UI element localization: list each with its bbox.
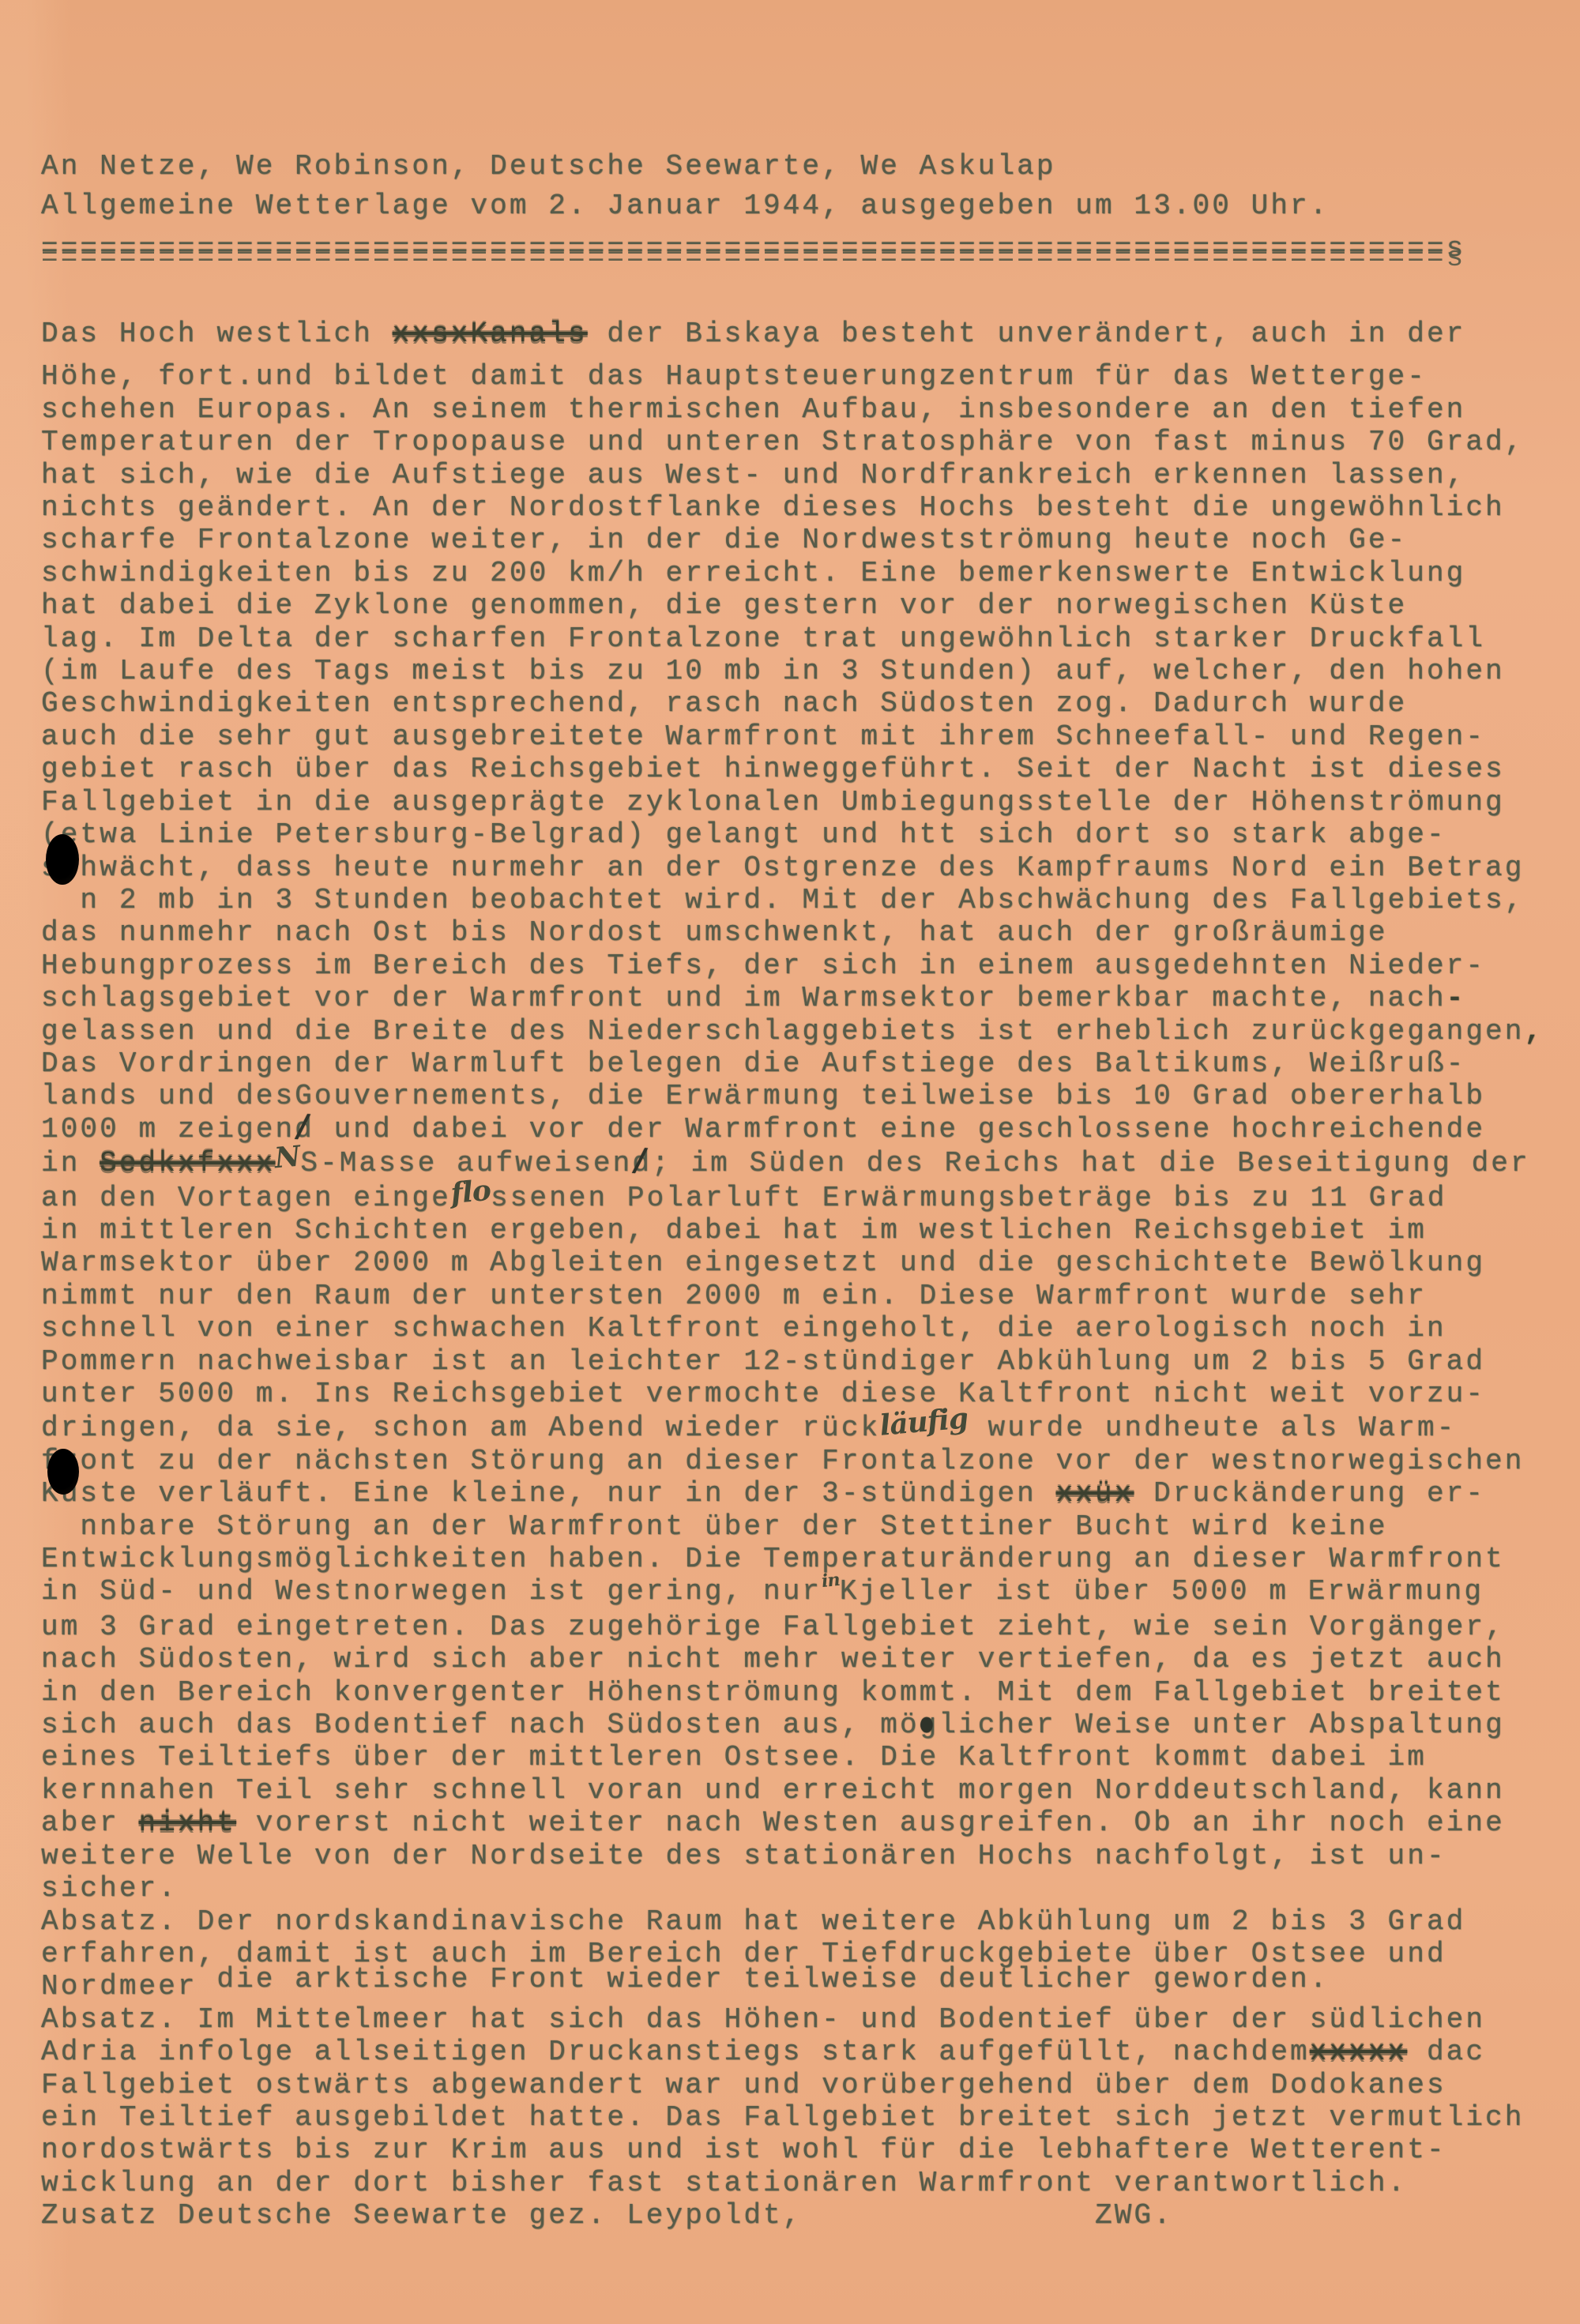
text-line: Geschwindigkeiten entsprechend, rasch na… — [41, 687, 1564, 720]
separator-line: ========================================… — [41, 229, 1564, 278]
text-line: Absatz. Im Mittelmeer hat sich das Höhen… — [41, 2003, 1564, 2036]
text-line: um 3 Grad eingetreten. Das zugehörige Fa… — [41, 1611, 1564, 1643]
text-line: unter 5000 m. Ins Reichsgebiet vermochte… — [41, 1378, 1564, 1410]
text-line: aber nixht vorerst nicht weiter nach Wes… — [41, 1807, 1564, 1839]
text-line: Absatz. Der nordskandinavische Raum hat … — [41, 1905, 1564, 1938]
text-line: schwächt, dass heute nurmehr an der Ostg… — [41, 852, 1564, 884]
text-line: Pommern nachweisbar ist an leichter 12-s… — [41, 1345, 1564, 1378]
text-line: Adria infolge allseitigen Druckanstiegs … — [41, 2036, 1564, 2068]
text-line: Das Hoch westlich xxsxKanals der Biskaya… — [41, 318, 1564, 350]
text-line: schnell von einer schwachen Kaltfront ei… — [41, 1312, 1564, 1344]
text-line: schwindigkeiten bis zu 200 km/h erreicht… — [41, 557, 1564, 589]
text-line: Fallgebiet ostwärts abgewandert war und … — [41, 2069, 1564, 2101]
text-line: in den Bereich konvergenter Höhenströmun… — [41, 1676, 1564, 1709]
punch-hole-top — [46, 834, 79, 885]
text-line: lands und desGouvernements, die Erwärmun… — [41, 1080, 1564, 1112]
recipients-line: An Netze, We Robinson, Deutsche Seewarte… — [41, 147, 1564, 186]
text-line: schlagsgebiet vor der Warmfront und im W… — [41, 982, 1564, 1014]
text-line: 1000 m zeigend/ und dabei vor der Warmfr… — [41, 1113, 1564, 1145]
text-line: gebiet rasch über das Reichsgebiet hinwe… — [41, 753, 1564, 785]
text-line: schehen Europas. An seinem thermischen A… — [41, 393, 1564, 426]
text-line: Zusatz Deutsche Seewarte gez. Leypoldt, … — [41, 2199, 1564, 2232]
text-line: weitere Welle von der Nordseite des stat… — [41, 1840, 1564, 1872]
text-line: wicklung an der dort bisher fast station… — [41, 2167, 1564, 2199]
text-line: an den Vortagen eingeflossenen Polarluft… — [41, 1180, 1564, 1214]
text-line: front zu der nächsten Störung an dieser … — [41, 1445, 1564, 1477]
text-line: (etwa Linie Petersburg-Belgrad) gelangt … — [41, 818, 1564, 851]
text-line: sich auch das Bodentief nach Südosten au… — [41, 1709, 1564, 1741]
text-line: nach Südosten, wird sich aber nicht mehr… — [41, 1643, 1564, 1675]
text-line: in mittleren Schichten ergeben, dabei ha… — [41, 1214, 1564, 1247]
text-line: dringen, da sie, schon am Abend wieder r… — [41, 1410, 1564, 1444]
text-line: Nordmeer die arktische Front wieder teil… — [41, 1970, 1564, 2002]
text-line: hat sich, wie die Aufstiege aus West- un… — [41, 459, 1564, 491]
text-line: in Süd- und Westnorwegen ist gering, nur… — [41, 1575, 1564, 1610]
text-line: Höhe, fort.und bildet damit das Hauptste… — [41, 360, 1564, 393]
text-line: n 2 mb in 3 Stunden beobachtet wird. Mit… — [41, 884, 1564, 916]
text-line: nichts geändert. An der Nordostflanke di… — [41, 491, 1564, 524]
text-line: sicher. — [41, 1872, 1564, 1905]
text-line: Küste verläuft. Eine kleine, nur in der … — [41, 1477, 1564, 1510]
text-line: das nunmehr nach Ost bis Nordost umschwe… — [41, 916, 1564, 949]
text-line: gelassen und die Breite des Niederschlag… — [41, 1015, 1564, 1047]
text-line: Hebungprozess im Bereich des Tiefs, der … — [41, 950, 1564, 982]
text-line: ein Teiltief ausgebildet hatte. Das Fall… — [41, 2101, 1564, 2134]
title-line: Allgemeine Wetterlage vom 2. Januar 1944… — [41, 186, 1564, 226]
text-line: scharfe Frontalzone weiter, in der die N… — [41, 524, 1564, 556]
text-line: hat dabei die Zyklone genommen, die gest… — [41, 589, 1564, 622]
document-header: An Netze, We Robinson, Deutsche Seewarte… — [41, 147, 1564, 278]
text-line: nnbare Störung an der Warmfront über der… — [41, 1510, 1564, 1543]
text-line: Das Vordringen der Warmluft belegen die … — [41, 1047, 1564, 1080]
text-line: Warmsektor über 2000 m Abgleiten eingese… — [41, 1247, 1564, 1279]
text-line: Temperaturen der Tropopause und unteren … — [41, 426, 1564, 458]
document-page: An Netze, We Robinson, Deutsche Seewarte… — [0, 0, 1580, 2324]
text-line: kernnahen Teil sehr schnell voran und er… — [41, 1774, 1564, 1807]
text-line: lag. Im Delta der scharfen Frontalzone t… — [41, 622, 1564, 655]
text-line: eines Teiltiefs über der mittleren Ostse… — [41, 1741, 1564, 1773]
typed-content: An Netze, We Robinson, Deutsche Seewarte… — [41, 147, 1564, 2232]
text-line: in SedkxfxxxNS-Masse aufweisend/; im Süd… — [41, 1145, 1564, 1179]
text-line: (im Laufe des Tags meist bis zu 10 mb in… — [41, 655, 1564, 687]
text-line: Entwicklungsmöglichkeiten haben. Die Tem… — [41, 1543, 1564, 1575]
text-line: Fallgebiet in die ausgeprägte zyklonalen… — [41, 786, 1564, 818]
text-line: nimmt nur den Raum der untersten 2000 m … — [41, 1280, 1564, 1312]
punch-hole-bottom — [47, 1449, 79, 1495]
text-line: auch die sehr gut ausgebreitete Warmfron… — [41, 720, 1564, 753]
text-line: nordostwärts bis zur Krim aus und ist wo… — [41, 2134, 1564, 2166]
body-text: Das Hoch westlich xxsxKanals der Biskaya… — [41, 318, 1564, 2232]
